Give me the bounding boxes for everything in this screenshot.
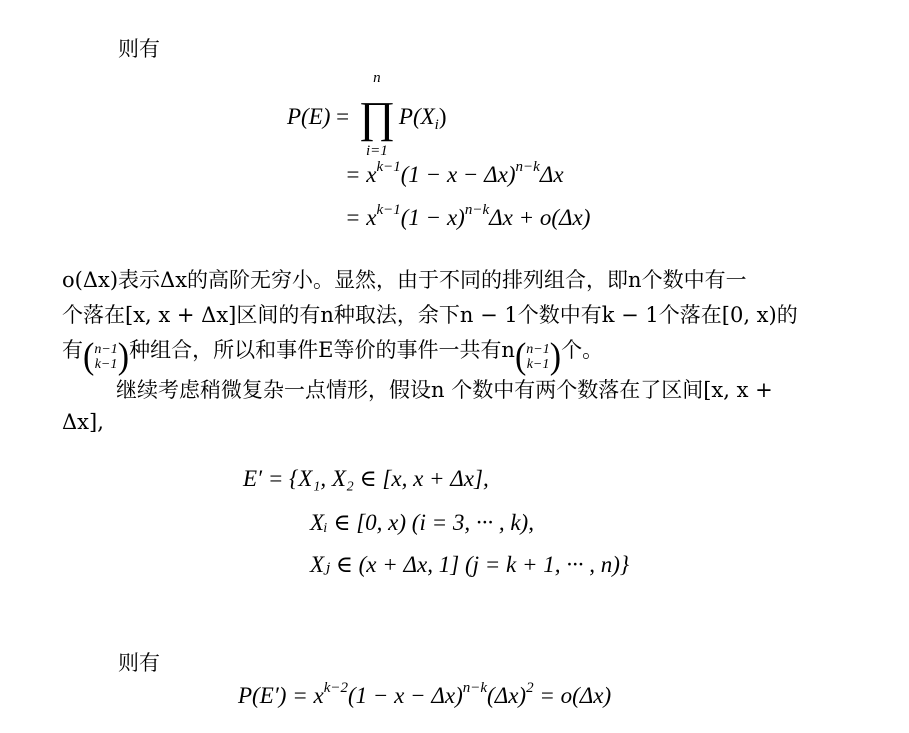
paragraph-2-line-2: Δx],	[62, 410, 104, 434]
equation-1-line-3: = xk−1(1 − x)n−kΔx + o(Δx)	[345, 205, 590, 231]
intro-text-2: 则有	[118, 647, 160, 677]
intro-text-1: 则有	[118, 33, 160, 63]
equation-1-line-2: = xk−1(1 − x − Δx)n−kΔx	[345, 162, 564, 188]
equation-2-line-2: Xᵢ ∈ [0, x) (i = 3, ··· , k),	[310, 510, 534, 536]
equation-2-line-1: E′ = {X₁, X₂ ∈ [x, x + Δx],	[243, 466, 489, 492]
binomial-coefficient: (n−1k−1)	[83, 342, 129, 372]
eq1-lhs: P(E)	[287, 104, 330, 129]
equation-3: P(E′) = xk−2(1 − x − Δx)n−k(Δx)2 = o(Δx)	[238, 683, 611, 709]
paragraph-2-line-1: 继续考虑稍微复杂一点情形，假设n 个数中有两个数落在了区间[x, x +	[116, 374, 773, 404]
equation-1-line-1: P(E) = n ∏ i=1 P(Xi)	[287, 98, 447, 138]
product-symbol: n ∏ i=1	[355, 98, 399, 138]
equation-2-line-3: Xⱼ ∈ (x + Δx, 1] (j = k + 1, ··· , n)}	[310, 552, 629, 578]
eq1-equals: =	[336, 104, 349, 129]
binomial-coefficient-2: (n−1k−1)	[515, 342, 561, 372]
paragraph-1-line-3: 有(n−1k−1)种组合，所以和事件E等价的事件一共有n(n−1k−1)个。	[62, 334, 603, 372]
paragraph-1-line-1: o(Δx)表示Δx的高阶无穷小。显然，由于不同的排列组合，即n个数中有一	[62, 264, 747, 294]
paragraph-1-line-2: 个落在[x, x + Δx]区间的有n种取法，余下n − 1个数中有k − 1个…	[62, 299, 798, 329]
